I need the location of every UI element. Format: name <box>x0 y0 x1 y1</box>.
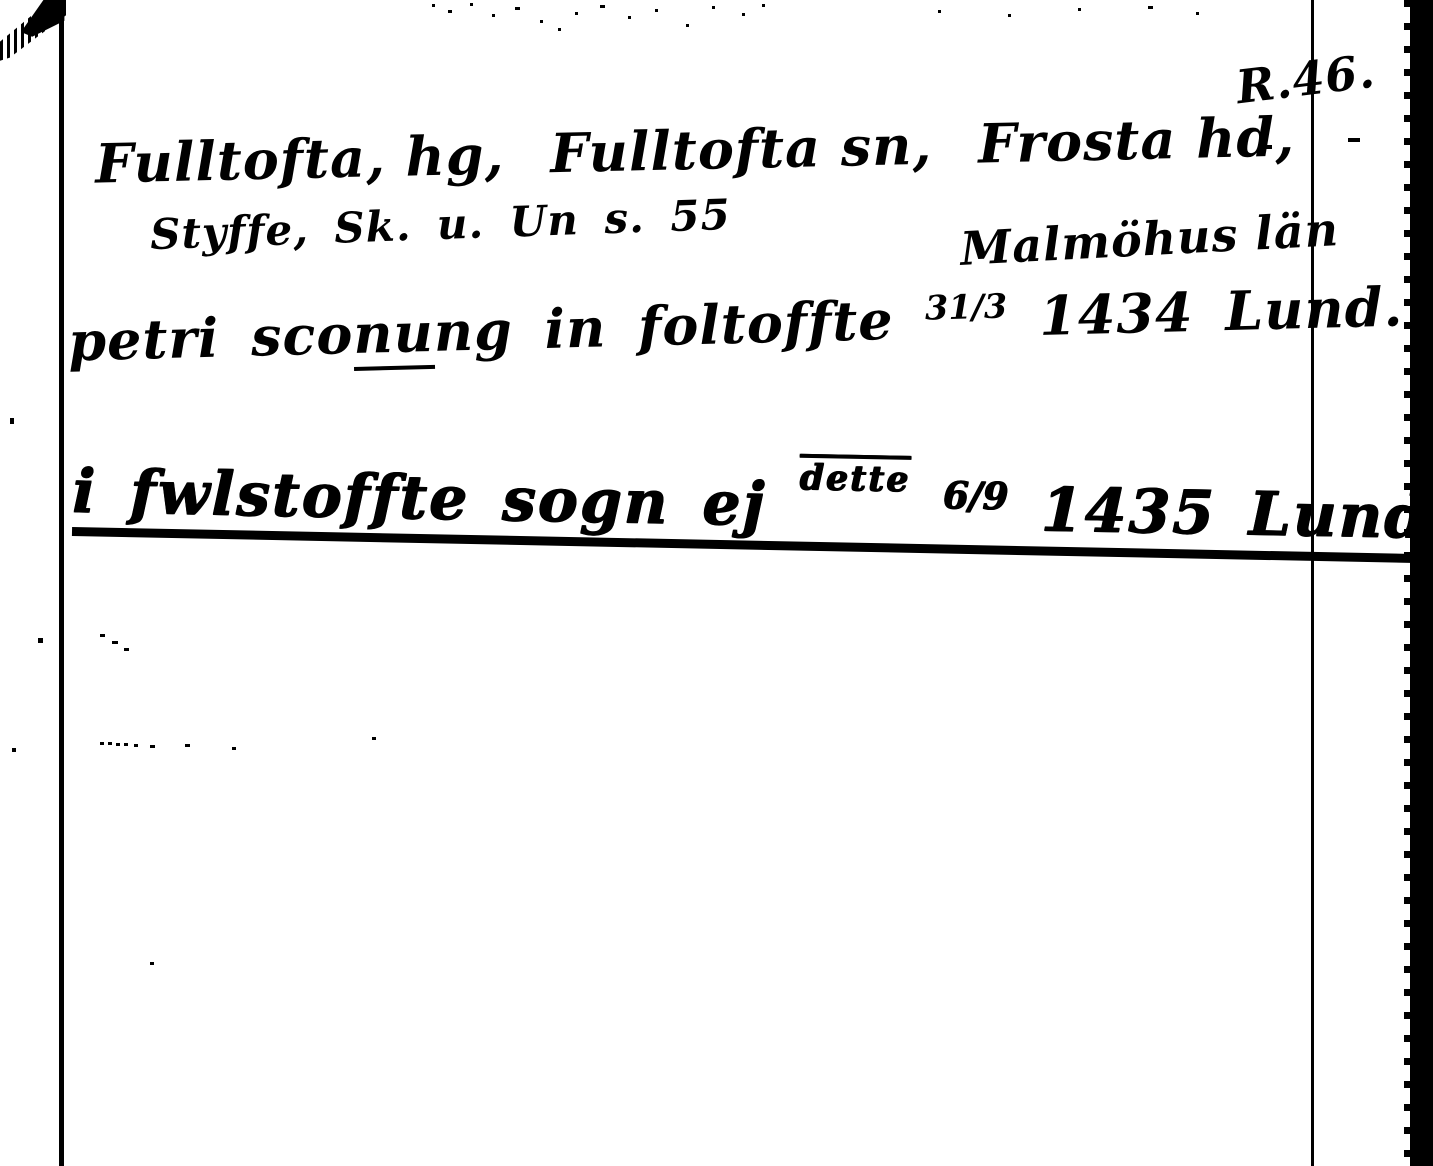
entry-text-prefix: petri sco <box>67 302 354 373</box>
parish-name: Fulltofta sn, <box>549 113 932 186</box>
place-name: Fulltofta, hg, <box>94 122 505 195</box>
source-citation: Styffe, Sk. u. Un s. 55 <box>149 190 731 259</box>
scanned-index-card: R.46. Fulltofta, hg, Fulltofta sn, Frost… <box>0 0 1433 1166</box>
hundred-name: Frosta hd, <box>977 104 1295 175</box>
entry-text-underlined: nu <box>352 300 434 371</box>
place-heading: Fulltofta, hg, Fulltofta sn, Frosta hd, <box>94 104 1295 195</box>
entry-date-fraction: 31/3 <box>924 286 1007 327</box>
page-edge-border <box>1410 0 1433 1166</box>
reference-number: R.46. <box>1233 44 1378 115</box>
struck-text-after: 1435 Lundkomse <box>1040 475 1433 557</box>
struck-text-before: i fwlstoffte sogn ej <box>71 456 766 539</box>
struck-date-fraction: 6/9 <box>942 473 1008 518</box>
struck-annotation: dette <box>799 457 911 500</box>
record-entry: petri sconung in foltoffte 31/3 1434 Lun… <box>67 275 1404 374</box>
entry-year-place: 1434 Lund. <box>1038 275 1404 349</box>
entry-text-suffix: ng in foltoffte <box>433 288 894 364</box>
right-margin-line <box>1311 0 1314 1166</box>
county-label: Malmöhus län <box>959 202 1340 276</box>
left-margin-line <box>59 0 64 1166</box>
